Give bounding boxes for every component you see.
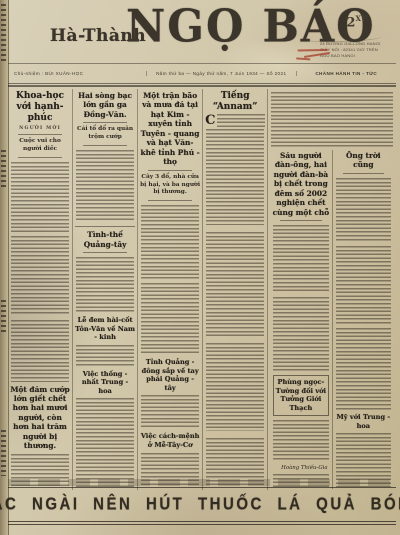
body-text (336, 246, 391, 324)
price-unit: XU (355, 14, 368, 23)
column-5: Sáu người đàn-ông, hai người đàn-bà bị c… (268, 89, 396, 490)
body-text (76, 150, 134, 222)
body-text (206, 343, 264, 431)
body-text (11, 162, 69, 232)
headline-sau-nguoi: Sáu người đàn-ông, hai người đàn-bà bị c… (272, 151, 329, 217)
headline-tran-bao: Một trận bão và mưa đá tại hạt Kim - xuy… (140, 91, 200, 167)
subhead-tran-bao: Cây 3 đổ, nhà cửa bị hại, và ba người bị… (140, 174, 200, 197)
body-text (273, 297, 328, 371)
advertisement-text: CÁC NGÀI NÊN HÚT THUỐC LÁ QUẢ BÓNG (0, 495, 400, 515)
body-text (11, 236, 69, 316)
column-4: Tiếng “Annam” C (203, 89, 268, 490)
body-text (273, 420, 328, 462)
dateline-bar: Chủ-nhiệm : BÙI XUÂN-HỌC Năm thứ ba — Ng… (8, 63, 396, 84)
column-footers (8, 479, 396, 486)
edge-text-marks (1, 4, 6, 62)
body-text (141, 283, 199, 355)
edge-text-marks (1, 430, 6, 476)
headline-ton-van: Lễ đem hài-cốt Tôn-Văn về Nam - kinh (75, 316, 135, 342)
body-text (336, 328, 391, 410)
column-3: Một trận bão và mưa đá tại hạt Kim - xuy… (138, 89, 203, 490)
masthead: Hà-Thành NGỌ BÁO 2XU 24 ĐƯỜNG GIA-LONG H… (8, 0, 400, 62)
article-columns: Khoa-học với hạnh-phúc NGƯỜI MỚI Cuộc vu… (8, 85, 396, 490)
body-text (141, 395, 199, 429)
body-text (336, 178, 391, 242)
column-5-split: Sáu người đàn-ông, hai người đàn-bà bị c… (270, 150, 394, 489)
headline-khoa-hoc: Khoa-học với hạnh-phúc (10, 91, 70, 124)
headline-thong-nhat: Việc thống - nhất Trung - hoa (75, 370, 135, 396)
edge-text-marks (1, 300, 6, 334)
subhead-khoa-hoc: Cuộc vui cho người điếc (10, 138, 70, 154)
headline-ong-troi: Ông trời cũng (335, 151, 392, 170)
newspaper-page: Hà-Thành NGỌ BÁO 2XU 24 ĐƯỜNG GIA-LONG H… (0, 0, 400, 535)
dropcap-row: C (205, 114, 265, 127)
body-text (76, 257, 134, 313)
headline-phung-ngoc: Phùng ngọc-Tường đối với Tưởng Giới Thạc… (273, 375, 328, 415)
body-text (141, 205, 199, 279)
headline-tieng-annam: Tiếng “Annam” (205, 91, 265, 113)
kicker-khoa-hoc: NGƯỜI MỚI (10, 126, 70, 131)
column-5a: Sáu người đàn-ông, hai người đàn-bà bị c… (270, 150, 332, 489)
column-1: Khoa-học với hạnh-phúc NGƯỜI MỚI Cuộc vu… (8, 89, 73, 490)
body-text (76, 345, 134, 367)
headline-quang-tay: Tình-thế Quảng-tây (75, 230, 135, 249)
body-text (206, 129, 264, 225)
body-text (217, 114, 266, 127)
price-tag: 2XU (346, 14, 368, 30)
headline-cach-menh: Việc cách-mệnh ở Mễ-Tây-Cơ (140, 432, 200, 449)
dateline-publisher: Chủ-nhiệm : BÙI XUÂN-HỌC (8, 71, 147, 76)
body-text (273, 225, 328, 293)
advertisement-banner: CÁC NGÀI NÊN HÚT THUỐC LÁ QUẢ BÓNG (8, 487, 396, 525)
column-5b: Ông trời cũng Mỹ với Trung - hoa (333, 150, 394, 489)
body-text (11, 320, 69, 382)
column-2: Hai sòng bạc lớn gần ga Đồng-Văn. Cái tổ… (73, 89, 138, 490)
dropcap-letter: C (205, 114, 216, 127)
edge-text-marks (1, 150, 6, 190)
signature-phung-ngoc: Hoàng Thiếu-Gia (274, 465, 327, 471)
headline-quang-dong: Tỉnh Quảng - đông sắp về tay phái Quảng … (140, 358, 200, 392)
body-text (271, 92, 393, 148)
dateline-date-issue: Năm thứ ba — Ngày thứ năm, 7 Juin 1934 —… (147, 71, 297, 76)
body-text (76, 398, 134, 487)
headline-dam-cuop: Một đám cướp lớn giết chết hơn hai mươi … (10, 385, 70, 451)
headline-my-trung: Mỹ với Trung - hoa (335, 413, 392, 430)
body-text (206, 232, 264, 336)
headline-song-bac: Hai sòng bạc lớn gần ga Đồng-Văn. (75, 91, 135, 119)
subhead-song-bac: Cái tổ đổ ra quân trộm cướp (75, 126, 135, 142)
dateline-right: CHÁNH HÀNH TIN - TỨC (297, 71, 397, 76)
